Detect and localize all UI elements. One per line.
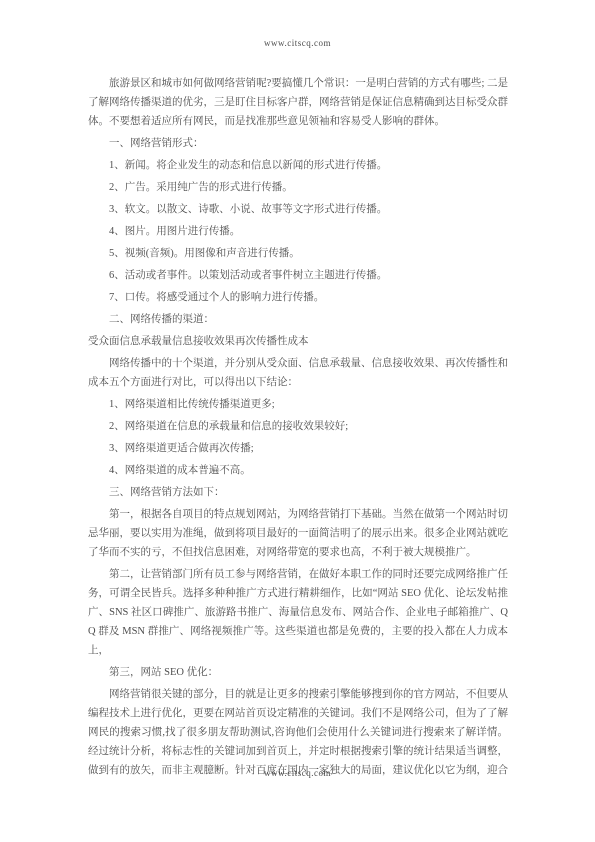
intro-paragraph: 旅游景区和城市如何做网络营销呢?要搞懂几个常识：一是明白营销的方式有哪些; 二是…: [88, 74, 508, 131]
paragraph: 网络传播中的十个渠道，并分别从受众面、信息承载量、信息接收效果、再次传播性和成本…: [88, 354, 508, 392]
document-body: 旅游景区和城市如何做网络营销呢?要搞懂几个常识：一是明白营销的方式有哪些; 二是…: [88, 74, 508, 783]
list-item: 7、口传。将感受通过个人的影响力进行传播。: [88, 288, 508, 307]
list-item: 1、网络渠道相比传统传播渠道更多;: [88, 395, 508, 414]
list-item: 2、网络渠道在信息的承载量和信息的接收效果较好;: [88, 417, 508, 436]
list-item: 4、图片。用图片进行传播。: [88, 222, 508, 241]
list-item: 2、广告。采用纯广告的形式进行传播。: [88, 178, 508, 197]
paragraph: 第二，让营销部门所有员工参与网络营销，在做好本职工作的同时还要完成网络推广任务，…: [88, 565, 508, 660]
paragraph: 第一，根据各自项目的特点规划网站，为网络营销打下基础。当然在做第一个网站时切忌华…: [88, 505, 508, 562]
paragraph: 网络营销很关键的部分，目的就是让更多的搜索引擎能够搜到你的官方网站，不但要从编程…: [88, 685, 508, 780]
list-item: 6、活动或者事件。以策划活动或者事件树立主题进行传播。: [88, 266, 508, 285]
list-item: 3、网络渠道更适合做再次传播;: [88, 439, 508, 458]
document-page: www.citscq.com 旅游景区和城市如何做网络营销呢?要搞懂几个常识：一…: [0, 0, 595, 842]
page-footer-url: www.citscq.com: [0, 768, 595, 778]
list-item: 1、新闻。将企业发生的动态和信息以新闻的形式进行传播。: [88, 156, 508, 175]
list-item: 4、网络渠道的成本普遍不高。: [88, 461, 508, 480]
channels-compare-line: 受众面信息承载量信息接收效果再次传播性成本: [88, 332, 508, 351]
section-heading: 三、网络营销方法如下：: [88, 483, 508, 502]
page-header-url: www.citscq.com: [0, 38, 595, 48]
list-item: 5、视频(音频)。用图像和声音进行传播。: [88, 244, 508, 263]
section-heading: 一、网络营销形式：: [88, 134, 508, 153]
section-heading: 二、网络传播的渠道：: [88, 310, 508, 329]
sub-heading: 第三，网站 SEO 优化：: [88, 663, 508, 682]
list-item: 3、软文。以散文、诗歌、小说、故事等文字形式进行传播。: [88, 200, 508, 219]
